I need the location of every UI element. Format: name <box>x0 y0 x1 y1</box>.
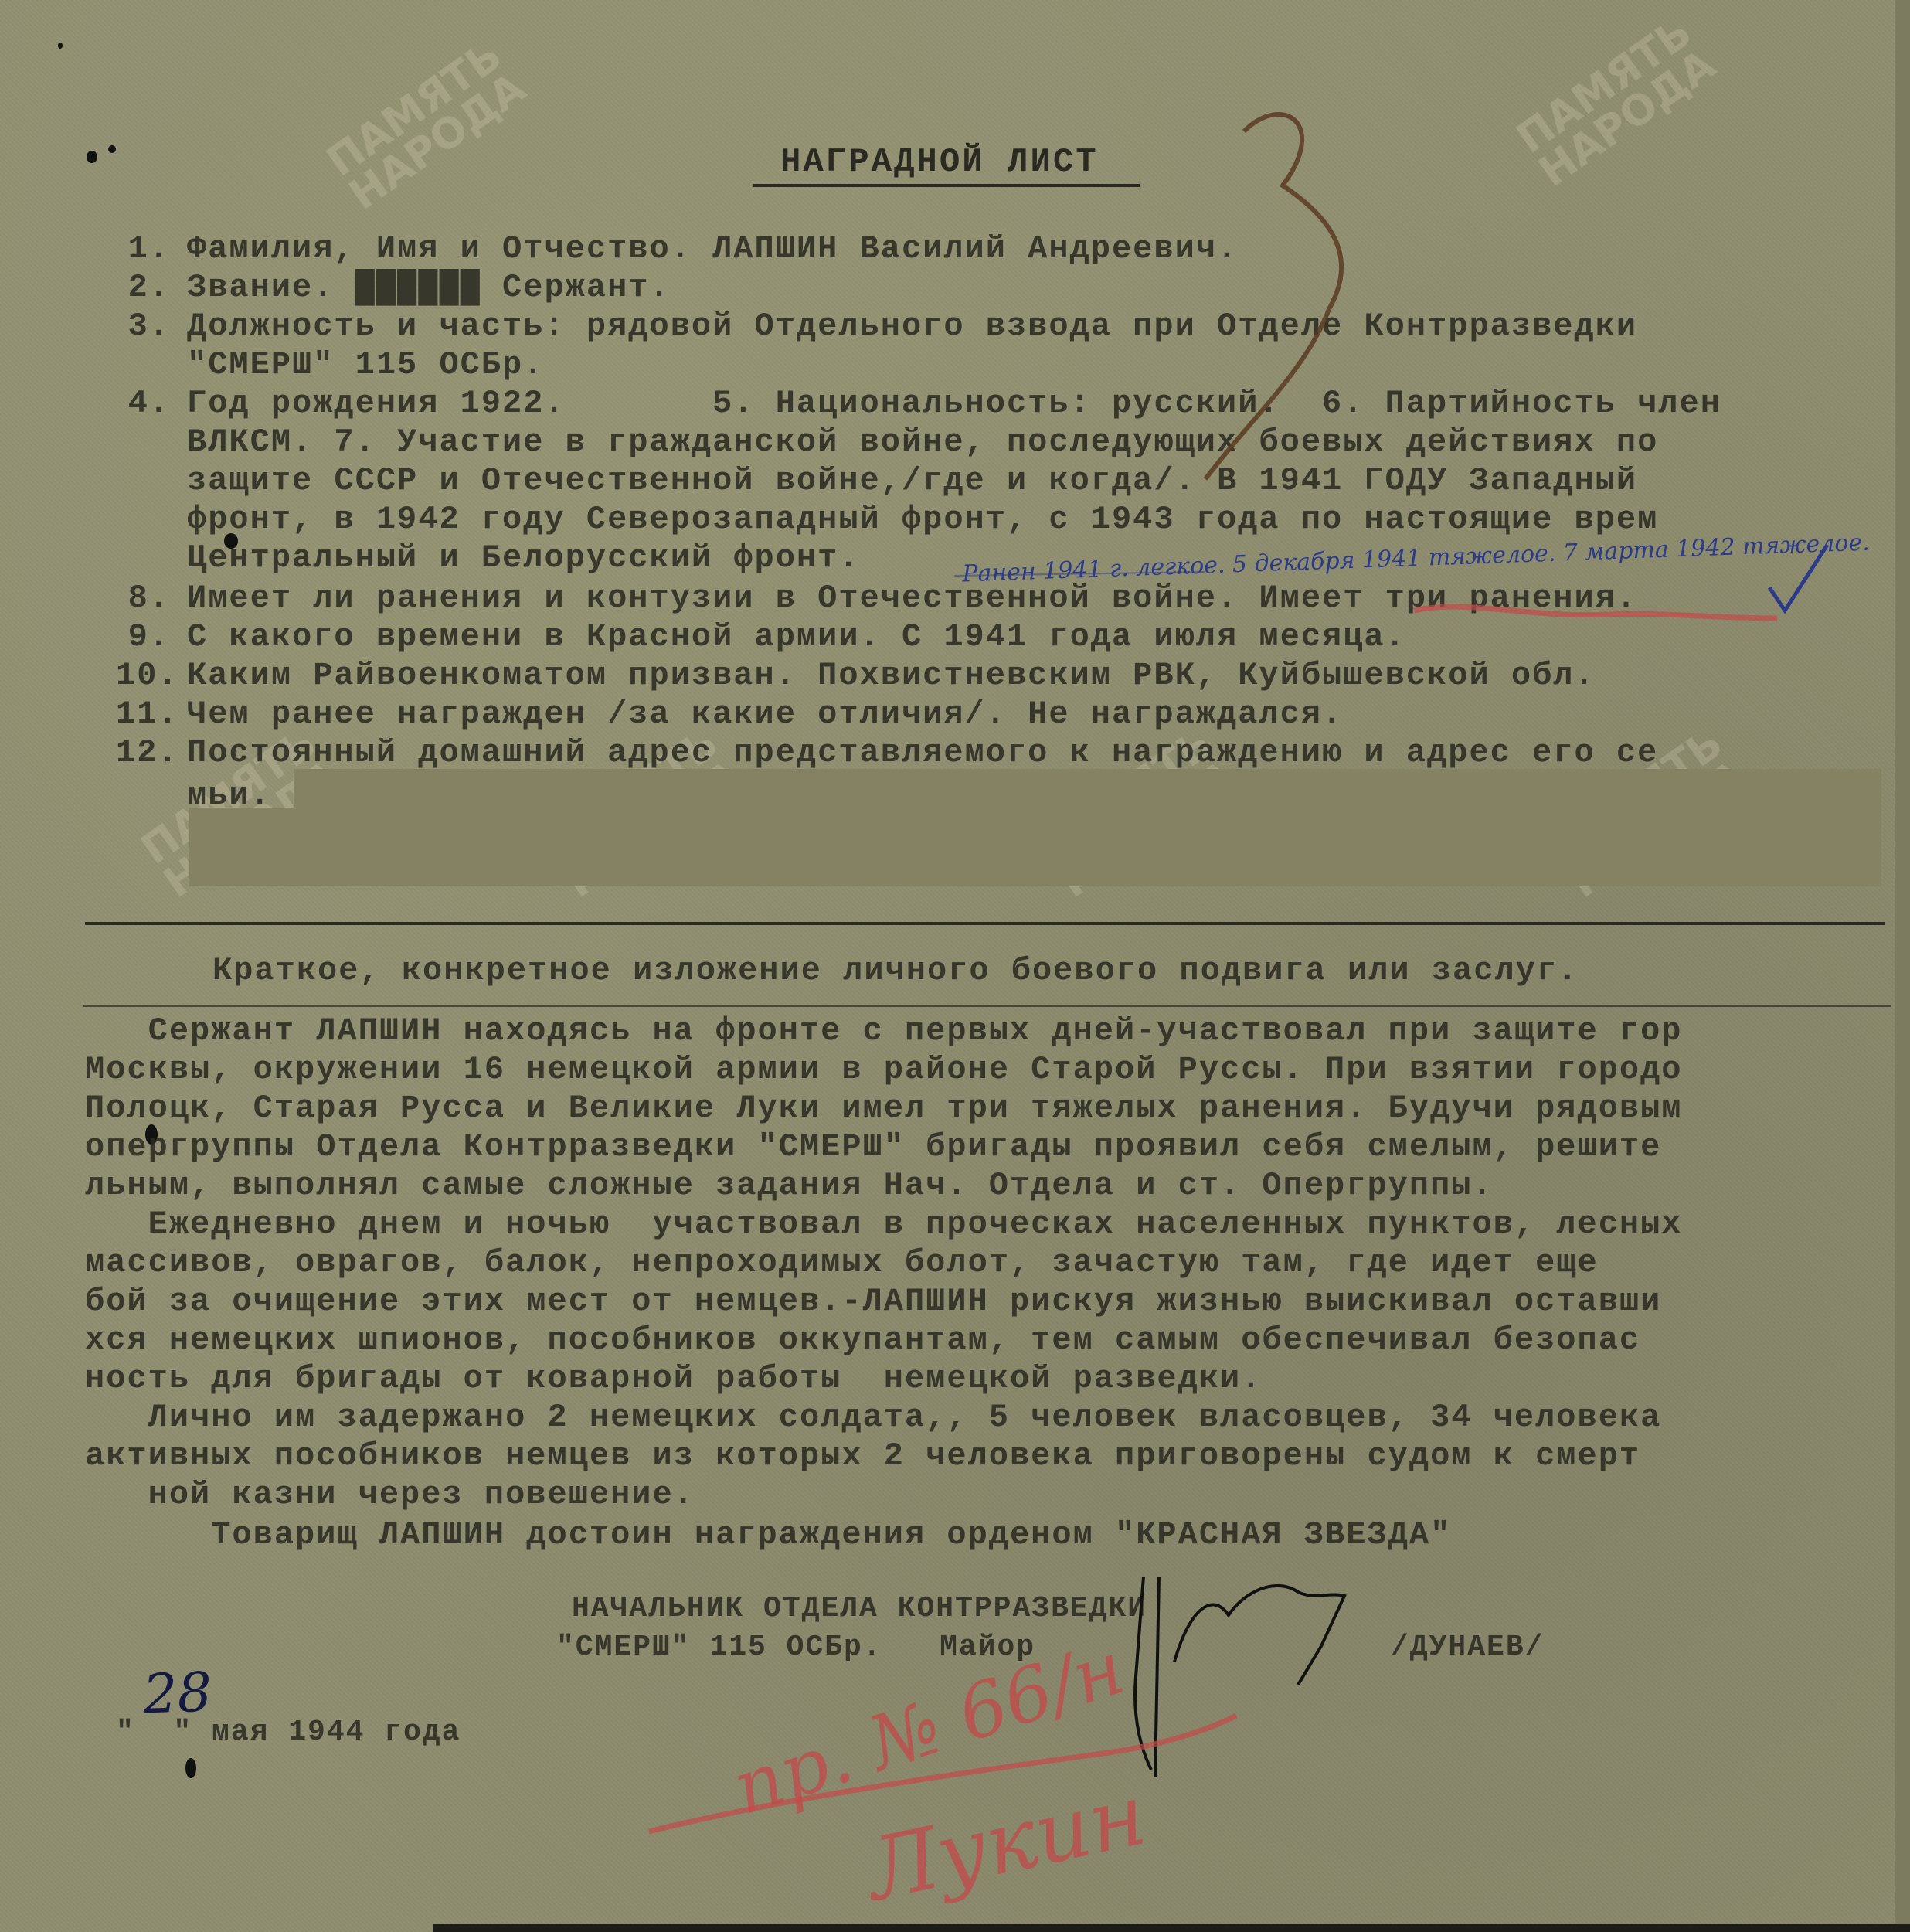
red-underline <box>1414 607 1777 618</box>
ink-strokes <box>0 0 1910 1932</box>
award-sheet-page: ПАМЯТЬНАРОДА ПАМЯТЬНАРОДА ПАМЯТЬНАРОДА П… <box>0 0 1910 1932</box>
commander-signature <box>1135 1577 1344 1777</box>
red-strike-line <box>649 1716 1236 1832</box>
check-mark-icon <box>1769 545 1827 611</box>
note-underline <box>954 572 1205 576</box>
page-number-mark <box>1205 114 1341 479</box>
